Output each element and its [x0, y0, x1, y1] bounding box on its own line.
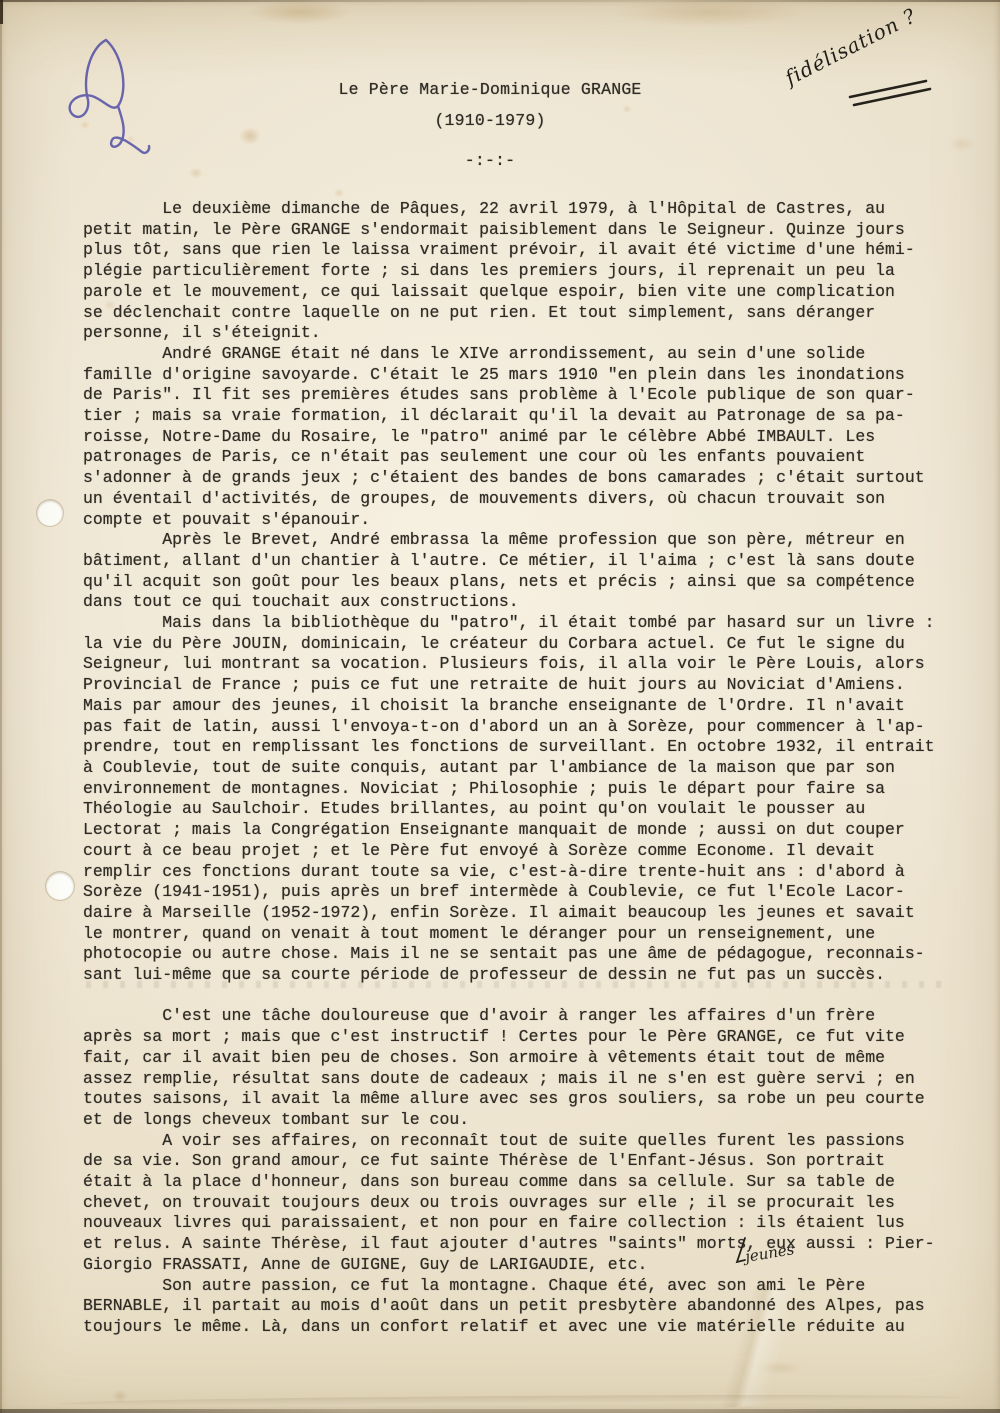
punch-hole-bottom	[46, 872, 74, 900]
ink-stroke	[850, 81, 930, 105]
paragraph-belongings: C'est une tâche douloureuse que d'avoir …	[83, 1006, 963, 1130]
document-page: Le Père Marie-Dominique GRANGE (1910-197…	[0, 0, 1000, 1413]
bottom-wrinkle-mark	[60, 1393, 960, 1408]
punch-hole-top	[37, 500, 63, 526]
paragraph-passions: A voir ses affaires, on reconnaît tout d…	[83, 1131, 963, 1276]
paragraph-vocation: Mais dans la bibliothèque du "patro", il…	[83, 613, 963, 986]
blue-ink-initials-mark	[45, 30, 155, 160]
handwritten-note-top-right: fidélisation ?	[778, 14, 998, 124]
ink-stroke	[70, 40, 149, 153]
double-underline-mark	[842, 76, 942, 110]
scan-edge-bottom	[0, 1409, 1000, 1413]
paragraph-profession: Après le Brevet, André embrassa la même …	[83, 530, 963, 613]
paragraph-mountains: Son autre passion, ce fut la montagne. C…	[83, 1276, 963, 1338]
scan-edge-left	[0, 0, 2, 1413]
separator-mark: -:-:-	[20, 151, 960, 170]
paragraph-death: Le deuxième dimanche de Pâques, 22 avril…	[83, 199, 963, 344]
handwritten-insertion-note: jeunes	[731, 1236, 821, 1276]
document-body: Le deuxième dimanche de Pâques, 22 avril…	[83, 199, 963, 1338]
paragraph-birth: André GRANGE était né dans le XIVe arron…	[83, 344, 963, 530]
